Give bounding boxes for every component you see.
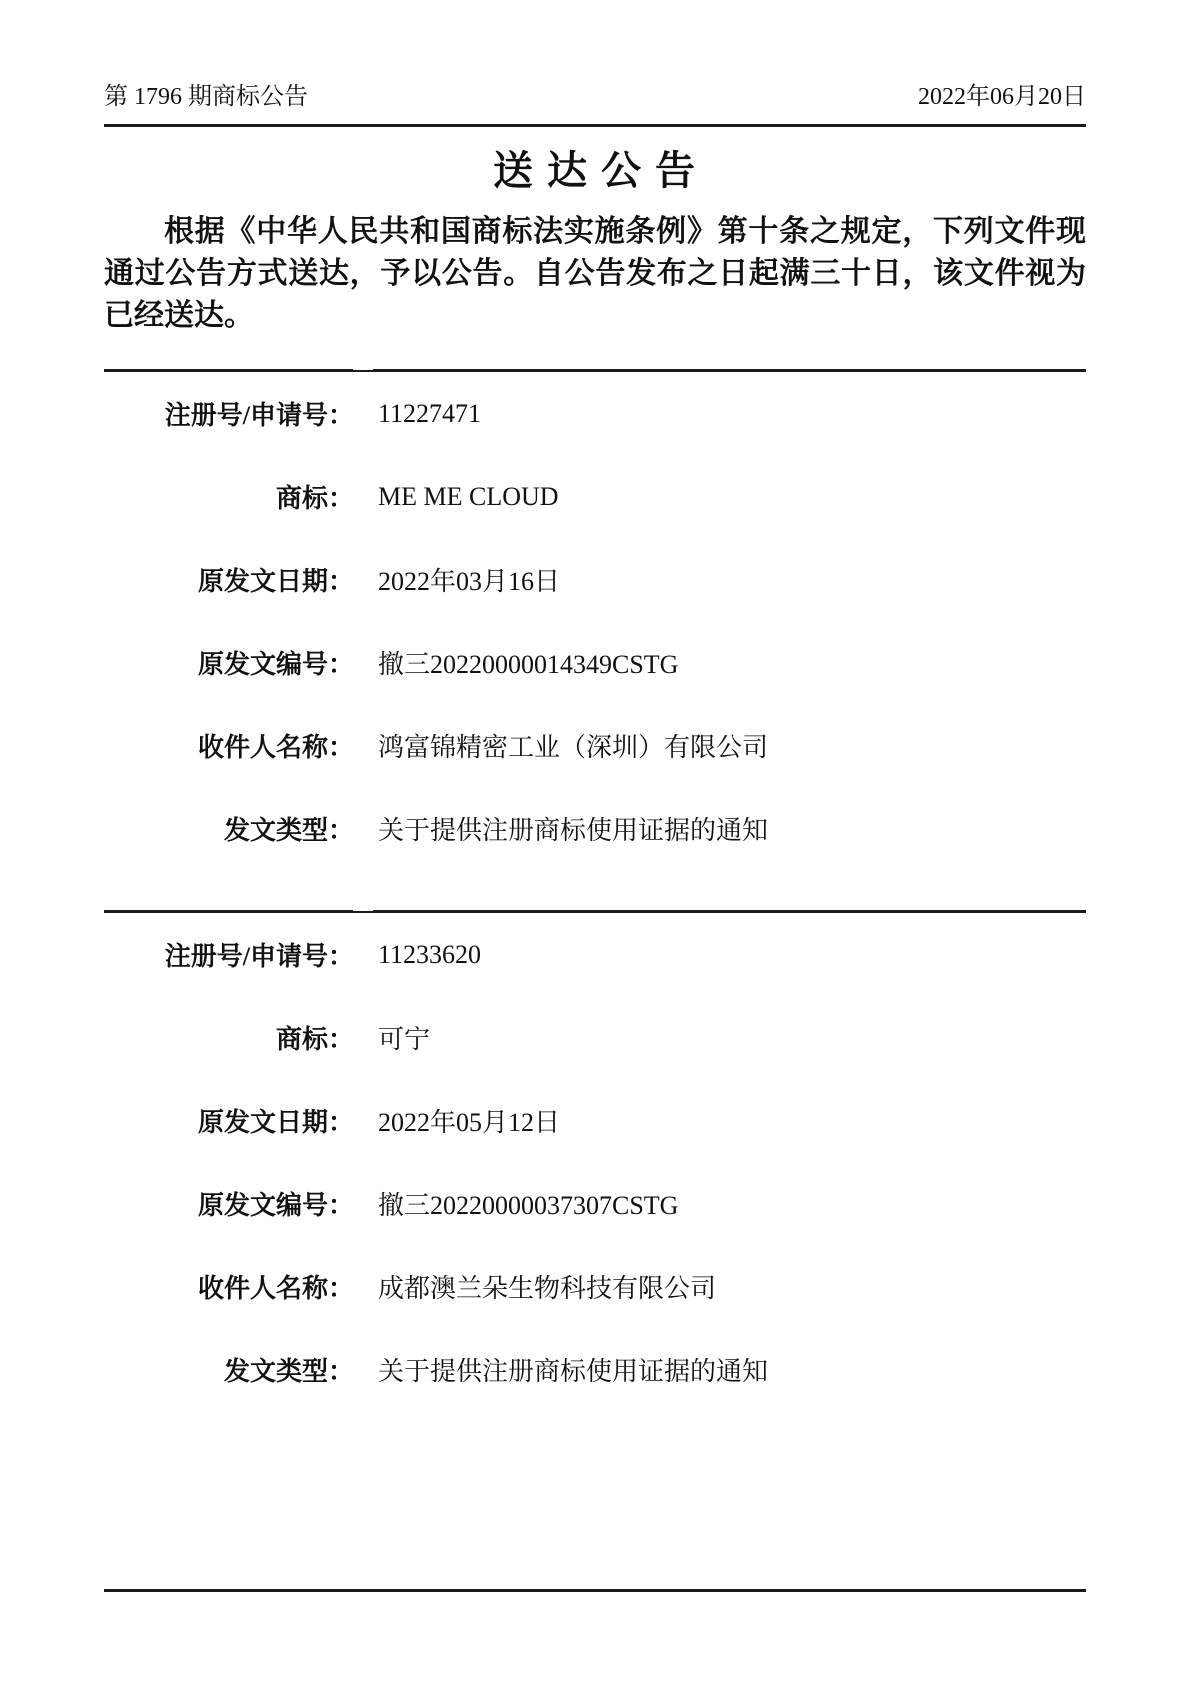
field-row-registration-number: 注册号/申请号： 11233620 [104, 913, 1086, 996]
field-label: 原发文日期： [104, 561, 354, 598]
header-divider [104, 124, 1086, 127]
field-row-recipient-name: 收件人名称： 鸿富锦精密工业（深圳）有限公司 [104, 704, 1086, 787]
field-value: ME ME CLOUD [378, 482, 559, 512]
field-row-trademark: 商标： ME ME CLOUD [104, 455, 1086, 538]
field-label: 发文类型： [104, 1351, 354, 1388]
field-value: 11227471 [378, 399, 481, 429]
gazette-page: 第 1796 期商标公告 2022年06月20日 送 达 公 告 根据《中华人民… [0, 0, 1190, 1684]
bottom-spacer [104, 1411, 1086, 1589]
field-label: 商标： [104, 1019, 354, 1056]
field-value: 成都澳兰朵生物科技有限公司 [378, 1268, 716, 1305]
field-value: 11233620 [378, 940, 481, 970]
field-label: 发文类型： [104, 810, 354, 847]
field-label: 收件人名称： [104, 727, 354, 764]
field-label: 注册号/申请号： [104, 936, 354, 973]
intro-paragraph: 根据《中华人民共和国商标法实施条例》第十条之规定，下列文件现通过公告方式送达，予… [104, 211, 1086, 337]
field-label: 注册号/申请号： [104, 395, 354, 432]
header-issue-title: 第 1796 期商标公告 [104, 82, 308, 112]
field-value: 撤三20220000037307CSTG [378, 1185, 678, 1222]
field-row-original-issue-date: 原发文日期： 2022年03月16日 [104, 538, 1086, 621]
field-label: 原发文编号： [104, 1185, 354, 1222]
record-block-1: 注册号/申请号： 11227471 商标： ME ME CLOUD 原发文日期：… [104, 372, 1086, 910]
page-bottom-divider [104, 1589, 1086, 1592]
field-row-document-type: 发文类型： 关于提供注册商标使用证据的通知 [104, 787, 1086, 870]
page-header: 第 1796 期商标公告 2022年06月20日 [104, 0, 1086, 112]
field-label: 商标： [104, 478, 354, 515]
field-value: 关于提供注册商标使用证据的通知 [378, 810, 768, 847]
field-row-document-type: 发文类型： 关于提供注册商标使用证据的通知 [104, 1328, 1086, 1411]
record-divider [104, 910, 1086, 913]
record-block-2: 注册号/申请号： 11233620 商标： 可宁 原发文日期： 2022年05月… [104, 913, 1086, 1411]
field-row-trademark: 商标： 可宁 [104, 996, 1086, 1079]
field-value: 鸿富锦精密工业（深圳）有限公司 [378, 727, 768, 764]
field-row-original-issue-date: 原发文日期： 2022年05月12日 [104, 1079, 1086, 1162]
field-label: 原发文日期： [104, 1102, 354, 1139]
header-date: 2022年06月20日 [918, 82, 1086, 112]
field-value: 撤三20220000014349CSTG [378, 644, 678, 681]
field-value: 2022年05月12日 [378, 1102, 560, 1139]
field-label: 收件人名称： [104, 1268, 354, 1305]
table-top-divider [104, 369, 1086, 372]
field-row-original-document-number: 原发文编号： 撤三20220000014349CSTG [104, 621, 1086, 704]
field-value: 可宁 [378, 1019, 430, 1056]
field-row-recipient-name: 收件人名称： 成都澳兰朵生物科技有限公司 [104, 1245, 1086, 1328]
field-row-original-document-number: 原发文编号： 撤三20220000037307CSTG [104, 1162, 1086, 1245]
field-label: 原发文编号： [104, 644, 354, 681]
field-row-registration-number: 注册号/申请号： 11227471 [104, 372, 1086, 455]
field-value: 关于提供注册商标使用证据的通知 [378, 1351, 768, 1388]
page-title: 送 达 公 告 [104, 147, 1086, 195]
field-value: 2022年03月16日 [378, 561, 560, 598]
